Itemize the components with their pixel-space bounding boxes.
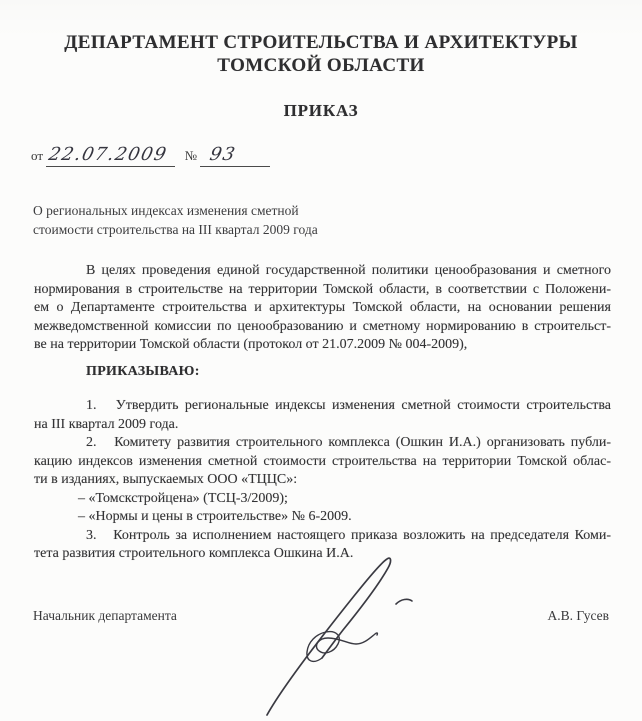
number-sign-label: № [185, 148, 197, 163]
handwritten-signature [256, 552, 418, 720]
subject-line1: О региональных индексах изменения сметно… [33, 201, 318, 220]
date-and-number-line: от 22.07.2009 № 93 [31, 144, 270, 167]
document-type-title: ПРИКАЗ [0, 101, 642, 121]
signer-name: А.В. Гусев [548, 608, 609, 624]
organization-name: ДЕПАРТАМЕНТ СТРОИТЕЛЬСТВА И АРХИТЕКТУРЫ … [0, 31, 642, 77]
order-item-1-line: 1. Утвердить региональные индексы измене… [34, 397, 611, 416]
preamble-line: межведомственной комиссии по ценообразов… [34, 318, 611, 337]
organization-name-line1: ДЕПАРТАМЕНТ СТРОИТЕЛЬСТВА И АРХИТЕКТУРЫ [0, 31, 642, 54]
order-item-2-line: 2. Комитету развития строительного компл… [34, 434, 611, 453]
handwritten-date: 22.07.2009 [47, 144, 170, 165]
scanned-order-document: ДЕПАРТАМЕНТ СТРОИТЕЛЬСТВА И АРХИТЕКТУРЫ … [0, 0, 642, 721]
document-subject: О региональных индексах изменения сметно… [33, 201, 318, 239]
order-item-2-line: кацию индексов изменения сметной стоимос… [34, 453, 611, 472]
order-item-2-subitem: – «Томскстройцена» (ТСЦ-3/2009); [34, 490, 611, 509]
order-item-2-subitem: – «Нормы и цены в строительстве» № 6-200… [34, 508, 611, 527]
document-body: В целях проведения единой государственно… [34, 262, 611, 564]
handwritten-number: 93 [208, 144, 238, 165]
subject-line2: стоимости строительства на III квартал 2… [33, 220, 318, 239]
preamble-line: ве на территории Томской области (проток… [34, 336, 611, 355]
order-item-2-line: ти в изданиях, выпускаемых ООО «ТЦЦС»: [34, 471, 611, 490]
preamble-line: ем о Департаменте строительства и архите… [34, 299, 611, 318]
date-prefix-label: от [31, 148, 43, 163]
order-item-1-line: на III квартал 2009 года. [34, 416, 611, 435]
date-field: 22.07.2009 [46, 144, 175, 167]
order-item-3-line: 3. Контроль за исполнением настоящего пр… [34, 527, 611, 546]
order-heading: ПРИКАЗЫВАЮ: [34, 363, 611, 382]
number-field: 93 [200, 144, 270, 167]
organization-name-line2: ТОМСКОЙ ОБЛАСТИ [0, 54, 642, 77]
preamble-line: нормирования в строительстве на территор… [34, 281, 611, 300]
preamble-line: В целях проведения единой государственно… [34, 262, 611, 281]
signer-position-title: Начальник департамента [33, 608, 177, 624]
